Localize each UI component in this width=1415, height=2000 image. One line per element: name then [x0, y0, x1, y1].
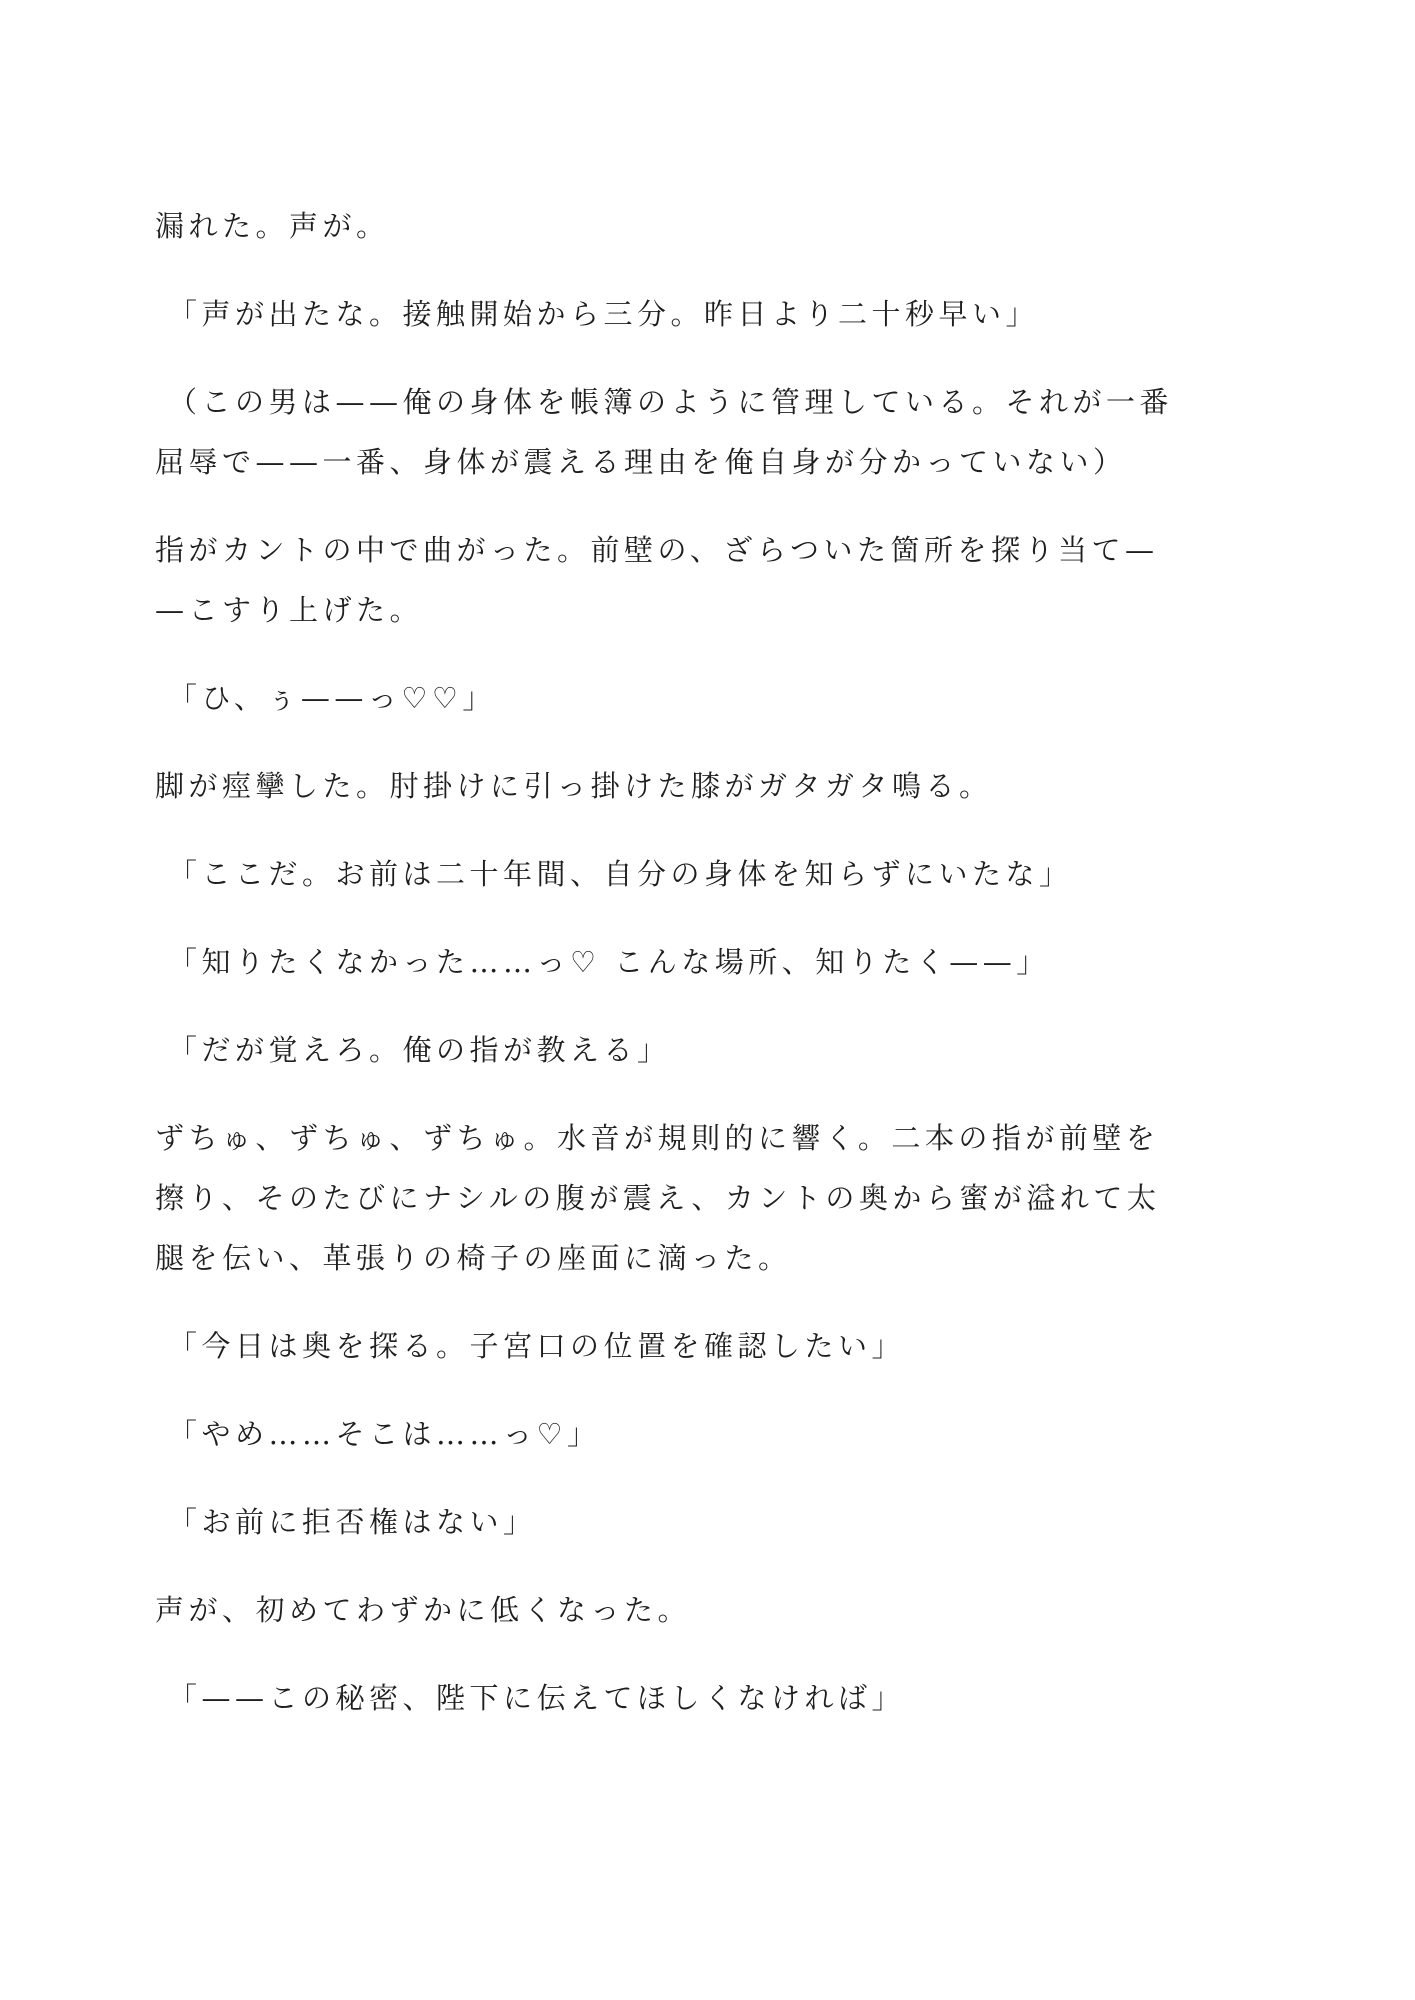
text-line: 「お前に拒否権はない」	[168, 1505, 537, 1539]
paragraph-narrative: 声が、初めてわずかに低くなった。	[155, 1580, 1170, 1640]
text-line: 「今日は奥を探る。子宮口の位置を確認したい」	[168, 1329, 905, 1363]
text-line: 屈辱で——一番、身体が震える理由を俺自身が分かっていない）	[155, 445, 1127, 479]
paragraph-thought: （この男は——俺の身体を帳簿のように管理している。それが一番屈辱で——一番、身体…	[155, 372, 1170, 492]
paragraph-narrative: 指がカントの中で曲がった。前壁の、ざらついた箇所を探り当て——こすり上げた。	[155, 520, 1170, 640]
text-line: 「ひ、ぅ——っ♡♡」	[168, 681, 496, 715]
paragraph-dialogue: 「知りたくなかった……っ♡ こんな場所、知りたく——」	[155, 932, 1170, 992]
paragraph-dialogue: 「ここだ。お前は二十年間、自分の身体を知らずにいたな」	[155, 844, 1170, 904]
paragraph-narrative: ずちゅ、ずちゅ、ずちゅ。水音が規則的に響く。二本の指が前壁を擦り、そのたびにナシ…	[155, 1108, 1170, 1288]
paragraph-dialogue: 「やめ……そこは……っ♡」	[155, 1404, 1170, 1464]
paragraph-dialogue: 「だが覚えろ。俺の指が教える」	[155, 1020, 1170, 1080]
paragraph-dialogue: 「ひ、ぅ——っ♡♡」	[155, 668, 1170, 728]
paragraph-dialogue: 「声が出たな。接触開始から三分。昨日より二十秒早い」	[155, 284, 1170, 344]
text-line: 擦り、そのたびにナシルの腹が震え、カントの奥から蜜が溢れて太	[155, 1181, 1160, 1215]
page-background: { "page": { "kind": "novel-text-page", "…	[0, 0, 1415, 2000]
text-line: ずちゅ、ずちゅ、ずちゅ。水音が規則的に響く。二本の指が前壁を	[155, 1121, 1159, 1155]
paragraph-dialogue: 「——この秘密、陛下に伝えてほしくなければ」	[155, 1668, 1170, 1728]
text-line: 「声が出たな。接触開始から三分。昨日より二十秒早い」	[168, 297, 1039, 331]
paragraph-dialogue: 「今日は奥を探る。子宮口の位置を確認したい」	[155, 1316, 1170, 1376]
text-line: （この男は——俺の身体を帳簿のように管理している。それが一番	[168, 385, 1173, 419]
text-line: 漏れた。声が。	[155, 209, 390, 243]
document-page: 漏れた。声が。「声が出たな。接触開始から三分。昨日より二十秒早い」（この男は——…	[0, 0, 1415, 2000]
paragraph-dialogue: 「お前に拒否権はない」	[155, 1492, 1170, 1552]
text-line: 「ここだ。お前は二十年間、自分の身体を知らずにいたな」	[168, 857, 1073, 891]
paragraph-narrative: 脚が痙攣した。肘掛けに引っ掛けた膝がガタガタ鳴る。	[155, 756, 1170, 816]
paragraph-narrative: 漏れた。声が。	[155, 196, 1170, 256]
text-body: 漏れた。声が。「声が出たな。接触開始から三分。昨日より二十秒早い」（この男は——…	[155, 196, 1170, 1728]
text-line: 腿を伝い、革張りの椅子の座面に滴った。	[155, 1241, 792, 1275]
text-line: 「だが覚えろ。俺の指が教える」	[168, 1033, 671, 1067]
text-line: 指がカントの中で曲がった。前壁の、ざらついた箇所を探り当て—	[155, 533, 1159, 567]
text-line: 「知りたくなかった……っ♡ こんな場所、知りたく——」	[168, 945, 1050, 979]
text-line: 声が、初めてわずかに低くなった。	[155, 1593, 691, 1627]
text-line: 「——この秘密、陛下に伝えてほしくなければ」	[168, 1681, 905, 1715]
text-line: —こすり上げた。	[155, 593, 423, 627]
text-line: 「やめ……そこは……っ♡」	[168, 1417, 601, 1451]
text-line: 脚が痙攣した。肘掛けに引っ掛けた膝がガタガタ鳴る。	[155, 769, 993, 803]
